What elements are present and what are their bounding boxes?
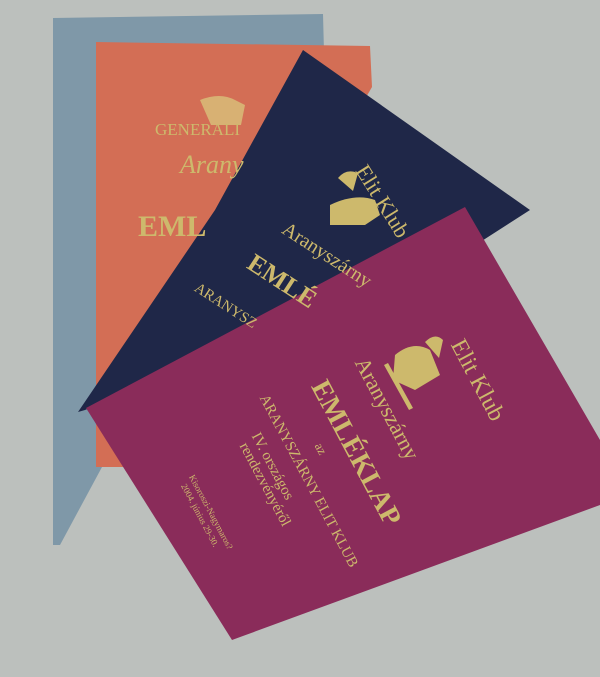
booklet-photo xyxy=(0,0,600,677)
orange-script-text: Arany xyxy=(180,150,244,180)
orange-brand-text: GENERALI xyxy=(155,120,240,140)
orange-title-fragment: EML xyxy=(138,210,206,244)
